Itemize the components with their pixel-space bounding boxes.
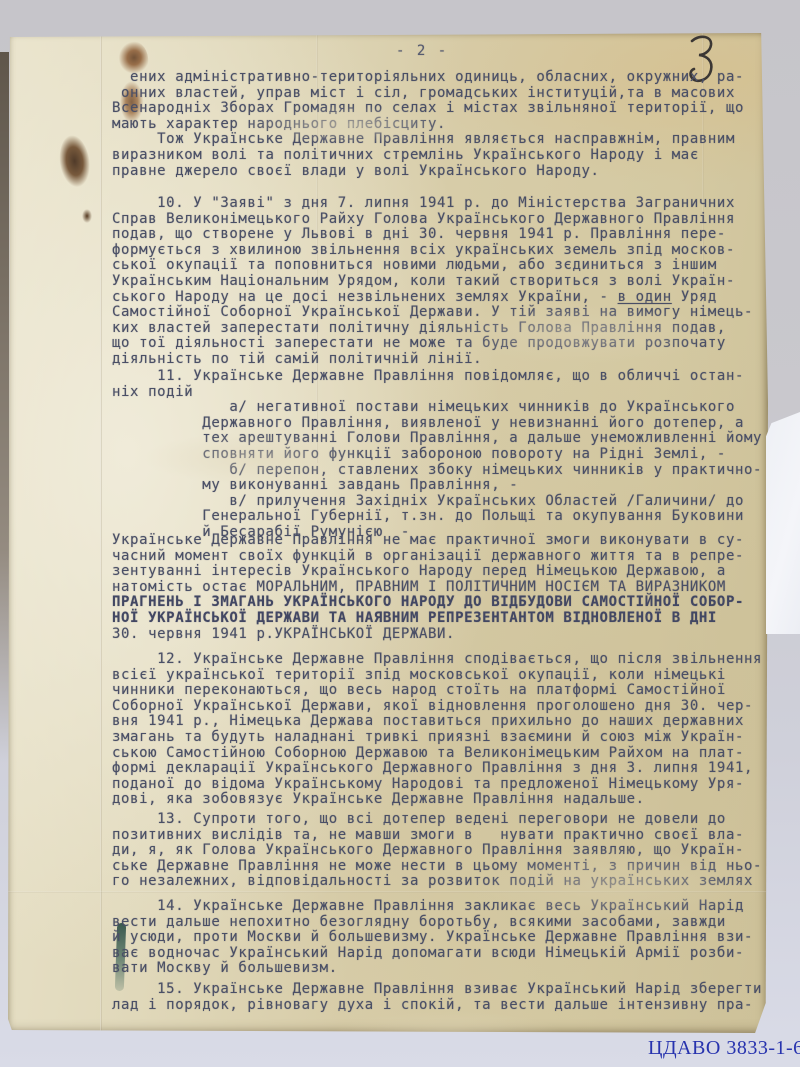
text-line: поданої до відома Українському Народові … <box>112 777 762 793</box>
text-line: Справ Великонімецького Райху Голова Укра… <box>112 212 762 228</box>
paragraph-10: 10. У "Заяві" з дня 7. липня 1941 р. до … <box>112 196 762 368</box>
text-line: а/ негативної постави німецьких чинників… <box>112 400 762 416</box>
text-line: позитивних вислідів та, не мавши змоги в… <box>112 828 762 844</box>
text-line: діяльність по тій самій політичній лінії… <box>112 352 762 368</box>
text-line: Всенародніх Зборах Громадян по селах і м… <box>112 101 762 117</box>
text-line: 14. Українське Державне Правління заклик… <box>112 899 762 915</box>
text-line: виразником волі та політичних стремлінь … <box>112 148 762 164</box>
paragraph-12: 12. Українське Державне Правління сподів… <box>112 652 762 808</box>
scan-edge-shadow <box>0 52 9 762</box>
text-line: Самостійної Соборної Української Держави… <box>112 305 762 321</box>
text-line: лад і порядок, рівновагу духа і спокій, … <box>112 998 762 1014</box>
text-line: Генеральної Губернії, т.зн. до Польщі та… <box>112 509 762 525</box>
attached-paper-corner <box>766 412 800 634</box>
paragraph-15: 15. Українське Державне Правління взиває… <box>112 982 762 1013</box>
document-sheet: - 2 - ених адміністративно-територіяльни… <box>8 33 768 1033</box>
text-line: ніх подій <box>112 385 762 401</box>
text-line: 12. Українське Державне Правління сподів… <box>112 652 762 668</box>
text-line: ди, я, як Голова Українського Державного… <box>112 843 762 859</box>
text-line: зентуванні інтересів Українського Народу… <box>112 564 762 580</box>
text-line: Тож Українське Державне Правління являєт… <box>112 132 762 148</box>
paragraph-13: 13. Супроти того, що всі дотепер ведені … <box>112 812 762 890</box>
paragraph-intro: ених адміністративно-територіяльних один… <box>112 70 762 179</box>
text-line: ського Народу на це досі незвільнених зе… <box>112 290 762 306</box>
text-line: формі декларації Українського Державного… <box>112 761 762 777</box>
text-line: Українським Національним Урядом, коли та… <box>112 274 762 290</box>
text-line: Українське Державне Правління не має пра… <box>112 533 762 549</box>
text-line: правне джерело своєї влади у волі Україн… <box>112 164 762 180</box>
text-line: 15. Українське Державне Правління взиває… <box>112 982 762 998</box>
text-line: часний момент своїх функцій в організаці… <box>112 549 762 565</box>
text-line: ПРАГНЕНЬ І ЗМАГАНЬ УКРАЇНСЬКОГО НАРОДУ Д… <box>112 595 762 611</box>
text-line: ких властей заперестати політичну діяльн… <box>112 321 762 337</box>
text-line: в/ прилучення Західніх Українських Облас… <box>112 494 762 510</box>
text-line: го незалежних, відповідальності за розви… <box>112 874 762 890</box>
text-line: 30. червня 1941 р.УКРАЇНСЬКОЇ ДЕРЖАВИ. <box>112 627 762 643</box>
text-line: вати Москву й большевизм. <box>112 961 762 977</box>
text-line: що тої діяльності заперестати не може та… <box>112 336 762 352</box>
text-line: подав, що створене у Львові в дні 30. че… <box>112 227 762 243</box>
typewritten-text: ених адміністративно-територіяльних один… <box>8 33 768 1033</box>
text-line: онних властей, управ міст і сіл, громадс… <box>112 86 762 102</box>
paragraph-11: 11. Українське Державне Правління повідо… <box>112 369 762 541</box>
archive-reference-stamp: ЦДАВО 3833-1-6 3 <box>648 1037 800 1060</box>
scanned-document-page: - 2 - ених адміністративно-територіяльни… <box>0 0 800 1067</box>
text-line: ської окупації та поповниться новими люд… <box>112 258 762 274</box>
text-line: б/ перепон, ставлених збоку німецьких чи… <box>112 463 762 479</box>
text-line: вести дальше непохитно безоглядну бороть… <box>112 915 762 931</box>
text-line: змагань та будуть наладнані тривкі прияз… <box>112 730 762 746</box>
text-line: 10. У "Заяві" з дня 7. липня 1941 р. до … <box>112 196 762 212</box>
text-line: вня 1941 р., Німецька Держава поставитьс… <box>112 714 762 730</box>
text-line: 13. Супроти того, що всі дотепер ведені … <box>112 812 762 828</box>
text-line: й усюди, проти Москви й большевизму. Укр… <box>112 930 762 946</box>
paragraph-11-continuation: Українське Державне Правління не має пра… <box>112 533 762 642</box>
underlined-text: в один <box>618 289 672 305</box>
text-line: дові, яка зобовязує Українське Державне … <box>112 792 762 808</box>
text-line: НОЇ УКРАЇНСЬКОЇ ДЕРЖАВИ ТА НАЯВНИМ РЕПРЕ… <box>112 611 762 627</box>
text-line: тех арештуванні Голови Правління, а даль… <box>112 431 762 447</box>
text-line: чинники переконаються, що весь народ сто… <box>112 683 762 699</box>
text-line: ених адміністративно-територіяльних один… <box>112 70 762 86</box>
text-line: 11. Українське Державне Правління повідо… <box>112 369 762 385</box>
text-line: му виконуванні завдань Правління, - <box>112 478 762 494</box>
text-line: ською Самостійною Соборною Державою та В… <box>112 746 762 762</box>
paragraph-14: 14. Українське Державне Правління заклик… <box>112 899 762 977</box>
text-line: сповняти його функції забороною повороту… <box>112 447 762 463</box>
text-line: всієї української території зпід московс… <box>112 668 762 684</box>
